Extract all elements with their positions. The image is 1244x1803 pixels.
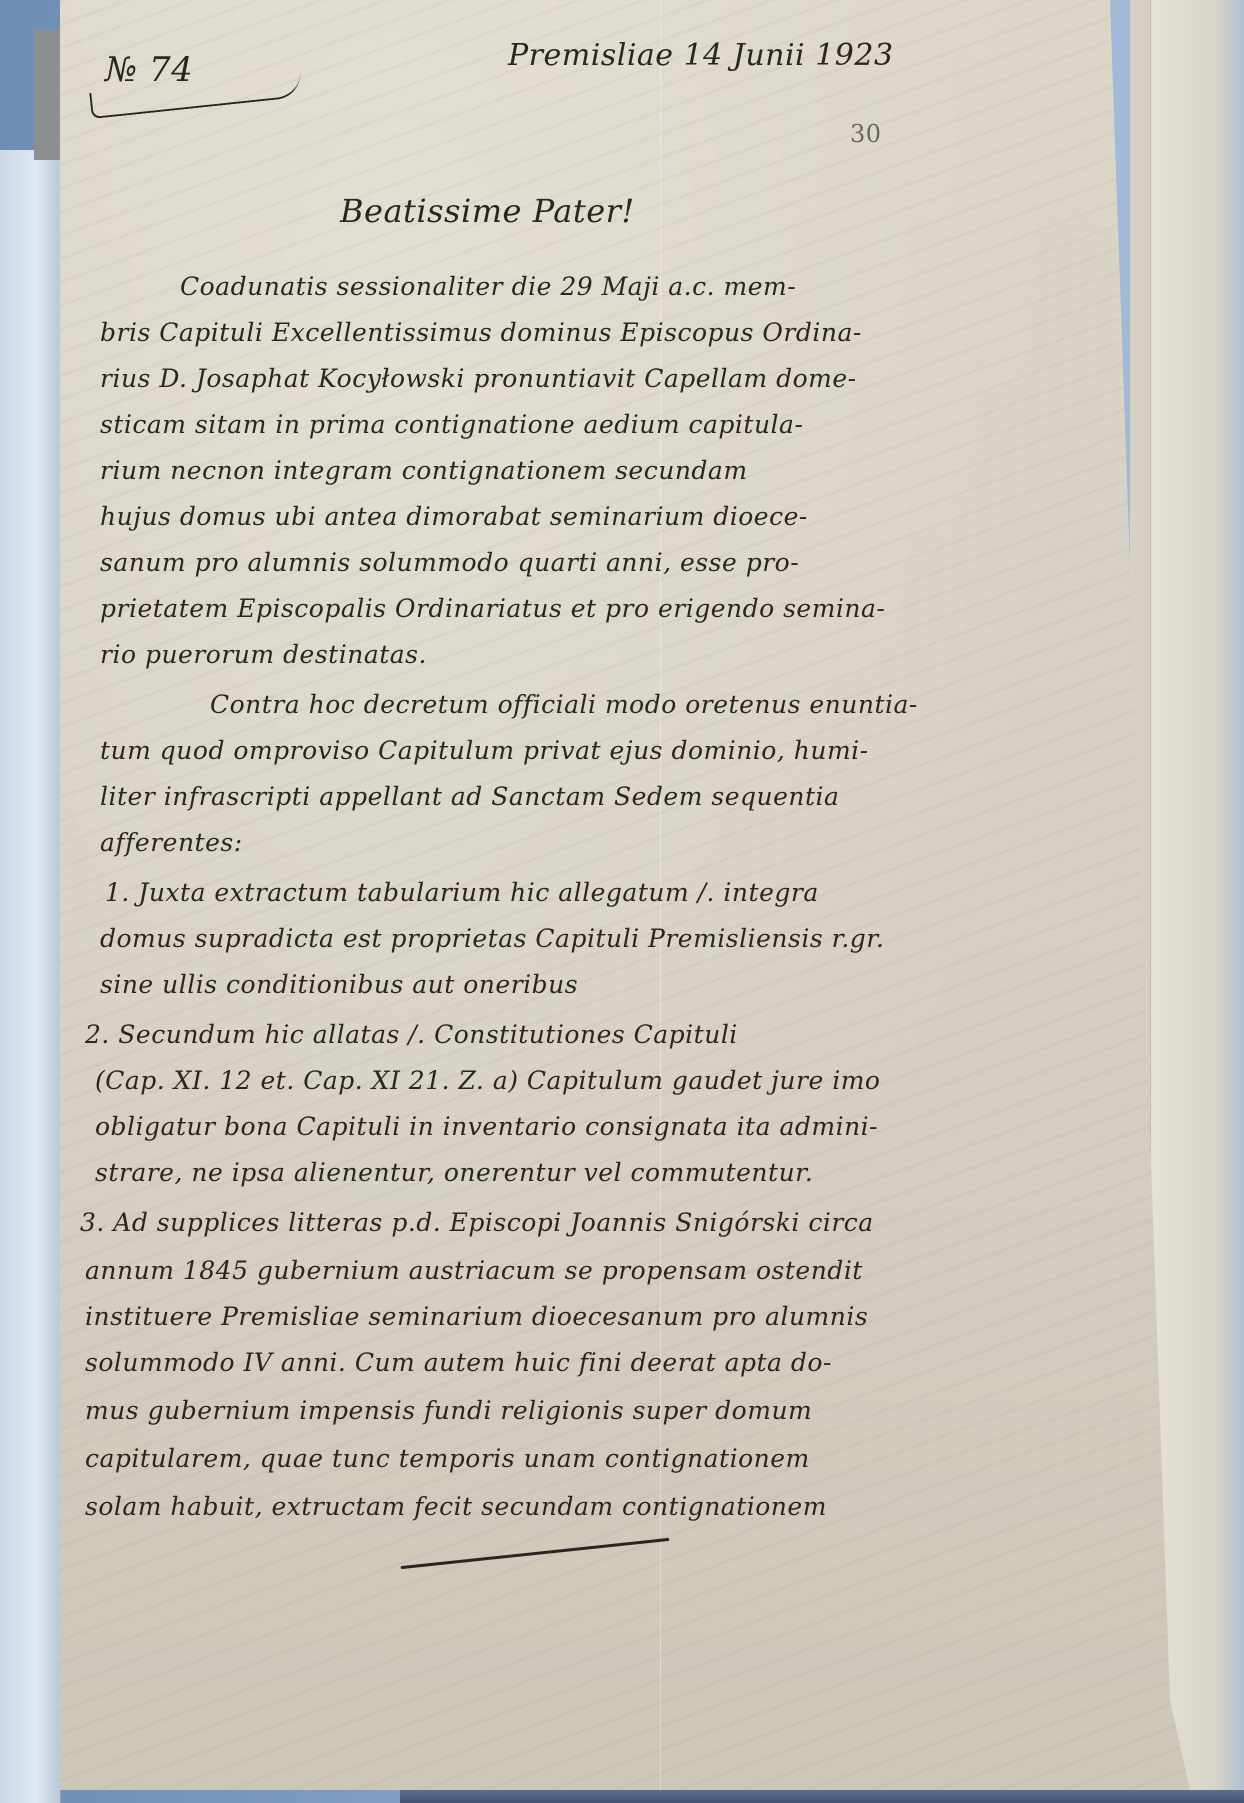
text-line: annum 1845 gubernium austriacum se prope… — [85, 1256, 863, 1285]
numbered-point-3: 3. Ad supplices litteras p.d. Episcopi J… — [80, 1208, 874, 1237]
text-line: hujus domus ubi antea dimorabat seminari… — [100, 502, 808, 531]
numbered-point-2: 2. Secundum hic allatas /. Constitutione… — [85, 1020, 738, 1049]
text-line: tum quod omproviso Capitulum privat ejus… — [100, 736, 869, 765]
manuscript-page: № 74 Premisliae 14 Junii 1923 30 Beatiss… — [60, 0, 1190, 1790]
text-line: strare, ne ipsa alienentur, onerentur ve… — [95, 1158, 813, 1187]
text-line: mus gubernium impensis fundi religionis … — [85, 1396, 812, 1425]
text-line: bris Capituli Excellentissimus dominus E… — [100, 318, 862, 347]
text-line: Contra hoc decretum officiali modo orete… — [210, 690, 918, 719]
underlying-sheet-right-edge — [1150, 0, 1244, 1803]
text-line: sine ullis conditionibus aut oneribus — [100, 970, 578, 999]
closing-pen-stroke — [401, 1538, 670, 1569]
text-line: Coadunatis sessionaliter die 29 Maji a.c… — [180, 272, 796, 301]
text-line: solam habuit, extructam fecit secundam c… — [85, 1492, 827, 1521]
underlying-sheet-left-gray — [34, 30, 64, 160]
text-line: domus supradicta est proprietas Capituli… — [100, 924, 884, 953]
place-and-date: Premisliae 14 Junii 1923 — [508, 38, 894, 73]
text-line: obligatur bona Capituli in inventario co… — [95, 1112, 878, 1141]
salutation: Beatissime Pater! — [340, 192, 635, 230]
text-line: sanum pro alumnis solummodo quarti anni,… — [100, 548, 799, 577]
text-line: liter infrascripti appellant ad Sanctam … — [100, 782, 839, 811]
text-line: (Cap. XI. 12 et. Cap. XI 21. Z. a) Capit… — [95, 1066, 880, 1095]
folio-mark: 30 — [850, 120, 882, 148]
underlying-sheet-left — [0, 150, 61, 1803]
text-line: capitularem, quae tunc temporis unam con… — [85, 1444, 810, 1473]
text-line: rius D. Josaphat Kocyłowski pronuntiavit… — [100, 364, 857, 393]
folder-bottom-edge — [400, 1790, 1244, 1803]
text-line: solummodo IV anni. Cum autem huic fini d… — [85, 1348, 832, 1377]
text-line: prietatem Episcopalis Ordinariatus et pr… — [100, 594, 885, 623]
numbered-point-1: 1. Juxta extractum tabularium hic allega… — [105, 878, 819, 907]
text-line: instituere Premisliae seminarium dioeces… — [85, 1302, 868, 1331]
text-line: rio puerorum destinatas. — [100, 640, 427, 669]
text-line: afferentes: — [100, 828, 243, 857]
text-line: rium necnon integram contignationem secu… — [100, 456, 748, 485]
text-line: sticam sitam in prima contignatione aedi… — [100, 410, 803, 439]
